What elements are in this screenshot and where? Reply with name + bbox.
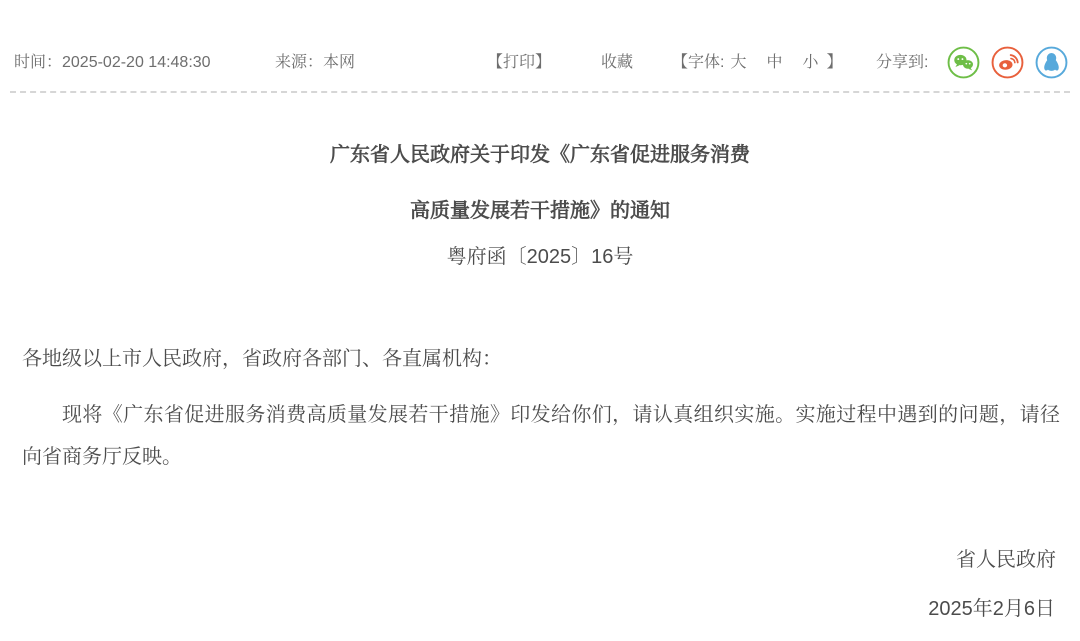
print-button[interactable]: 【打印】 [487, 52, 551, 74]
body-paragraph: 现将《广东省促进服务消费高质量发展若干措施》印发给你们，请认真组织实施。实施过程… [22, 394, 1060, 478]
signature-date: 2025年2月6日 [928, 597, 1055, 621]
document-number: 粤府函〔2025〕16号 [0, 245, 1080, 269]
wechat-share-icon[interactable] [947, 46, 980, 79]
font-size-large-button[interactable]: 大 [730, 52, 746, 74]
dashed-divider [10, 91, 1070, 93]
font-size-medium-button[interactable]: 中 [766, 52, 782, 74]
qq-share-icon[interactable] [1035, 46, 1068, 79]
document-title-line2: 高质量发展若干措施》的通知 [0, 199, 1080, 223]
source-label: 来源：本网 [275, 52, 355, 74]
signature: 省人民政府 [956, 548, 1056, 572]
publish-time: 时间：2025-02-20 14:48:30 [14, 52, 211, 74]
font-size-control: 【字体:大中小】 [672, 52, 843, 74]
weibo-share-icon[interactable] [991, 46, 1024, 79]
font-size-small-button[interactable]: 小 [802, 52, 818, 74]
font-size-suffix: 】 [827, 54, 843, 71]
salutation-paragraph: 各地级以上市人民政府，省政府各部门、各直属机构： [22, 347, 1058, 371]
document-title-line1: 广东省人民政府关于印发《广东省促进服务消费 [0, 143, 1080, 167]
share-to-label: 分享到: [876, 52, 928, 74]
font-size-prefix: 【字体: [672, 54, 724, 71]
favorite-button[interactable]: 收藏 [601, 52, 633, 74]
article-page: 时间：2025-02-20 14:48:30 来源：本网 【打印】 收藏 【字体… [0, 0, 1080, 641]
